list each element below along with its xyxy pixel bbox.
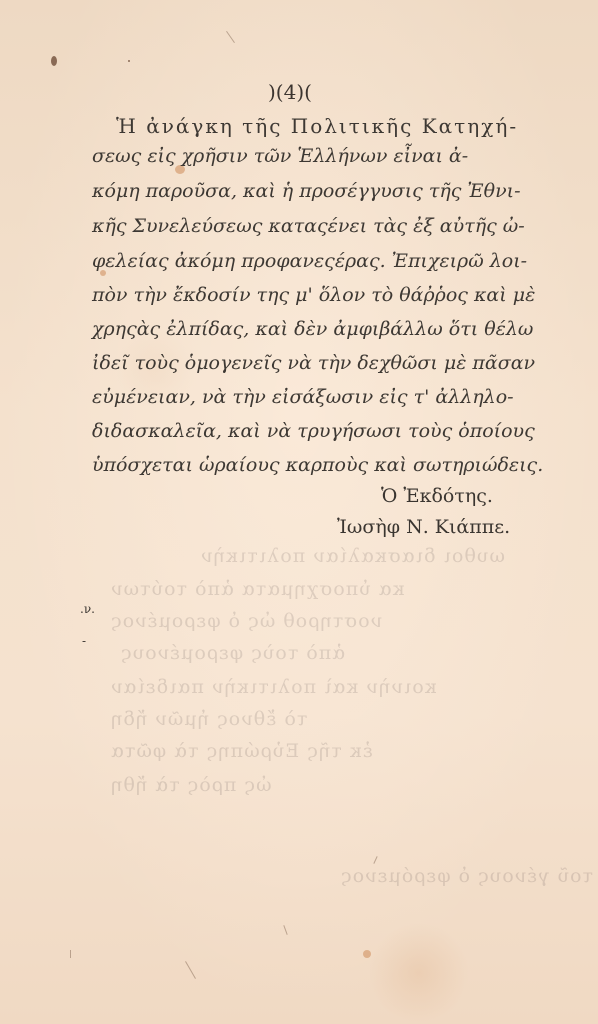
body-line: φελείας ἀκόμη προφανεςέρας. Ἐπιχειρῶ λοι…: [92, 250, 527, 272]
margin-mark: .ν.: [80, 602, 95, 616]
show-through-text: ἀπὸ τοὺς φερομένους: [120, 642, 345, 664]
signature-role: Ὁ Ἐκδότης.: [381, 485, 493, 507]
paper-fiber: [373, 856, 377, 864]
body-line: πὸν τὴν ἔκδοσίν της μ' ὅλον τὸ θάῤῥος κα…: [92, 284, 535, 306]
show-through-text: νοστηροθ ὡς ὁ φερομένος: [110, 610, 382, 632]
body-line: Ἡ ἀνάγκη τῆς Πολιτικῆς Κατηχή-: [116, 114, 518, 138]
ink-spot: [128, 60, 130, 62]
margin-mark: -: [82, 634, 86, 648]
body-line: διδασκαλεῖα, καὶ νὰ τρυγήσωσι τοὺς ὁποίο…: [92, 420, 535, 442]
show-through-text: κοινὴν καὶ πολιτικὴν παιδείαν: [110, 676, 437, 698]
paper-fiber: [70, 950, 71, 958]
body-line: σεως εἰς χρῆσιν τῶν Ἑλλήνων εἶναι ἀ-: [92, 145, 468, 167]
body-line: ἰδεῖ τοὺς ὁμογενεῖς νὰ τὴν δεχθῶσι μὲ πᾶ…: [92, 352, 535, 374]
paper-fiber: [226, 31, 235, 43]
body-line: εὐμένειαν, νὰ τὴν εἰσάξωσιν εἰς τ' ἀλληλ…: [92, 386, 514, 408]
body-line: κόμη παροῦσα, καὶ ἡ προσέγγυσις τῆς Ἐθνι…: [92, 180, 521, 202]
page-number: )(4)(: [268, 80, 312, 104]
show-through-text: ωυθοι διασκαλίαν πολιτικὴν: [200, 545, 505, 567]
foxing-spot: [363, 950, 371, 958]
signature-name: Ἰωσὴφ Ν. Κιάππε.: [337, 516, 510, 538]
body-line: χρηςὰς ἐλπίδας, καὶ δὲν ἀμφιβάλλω ὅτι θέ…: [92, 318, 533, 340]
body-line: ὑπόσχεται ὡραίους καρποὺς καὶ σωτηριώδει…: [92, 454, 543, 476]
show-through-text: ὡς πρὸς τὰ ἤθη: [110, 774, 272, 796]
paper-fiber: [185, 961, 196, 979]
book-page: ωυθοι διασκαλίαν πολιτικὴν κα ὑποσχηματα…: [0, 0, 598, 1024]
show-through-text: τὸ ἔθνος ἡμῶν ἤδη: [110, 708, 307, 730]
body-line: κῆς Συνελεύσεως καταςένει τὰς ἐξ αὐτῆς ὠ…: [92, 215, 525, 237]
paper-fiber: [283, 925, 287, 935]
show-through-text: τοῦ γένους ὁ φερόμενος: [340, 865, 593, 887]
ink-spot: [51, 56, 57, 66]
show-through-text: κα ὑποσχηματα ἀπὸ τούτων: [110, 578, 405, 600]
show-through-text: ἐκ τῆς Εὐρώπης τὰ φῶτα: [110, 740, 373, 762]
